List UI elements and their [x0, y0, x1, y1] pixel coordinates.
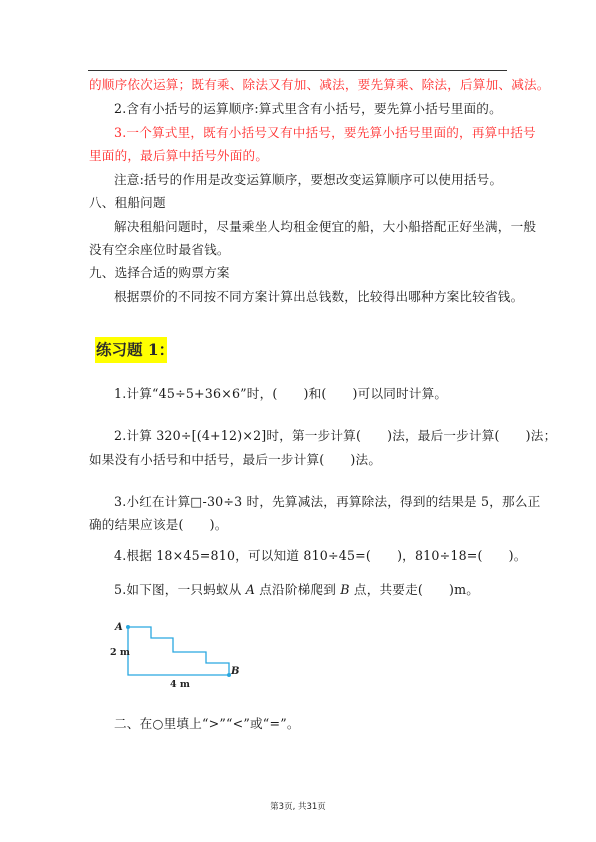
question-4-part-c: )。 [509, 548, 527, 563]
part-2-title: 二、在○里填上“>”“<”或“=”。 [114, 716, 300, 732]
rule-1-continuation: 的顺序依次运算；既有乘、除法又有加、减法，要先算乘、除法，后算加、减法。 [89, 77, 550, 93]
question-5-part-a: 5.如下图，一只蚂蚁从 [114, 582, 246, 597]
question-3-line-1: 3.小红在计算□-30÷3 时，先算减法，再算除法，得到的结果是 5，那么正 [114, 494, 540, 510]
section-8-body-line-1: 解决租船问题时，尽量乘坐人均租金便宜的船，大小船搭配正好坐满，一般 [114, 219, 536, 235]
question-5-part-c: 点，共要走( [350, 582, 423, 597]
figure-width-label: 4 m [170, 679, 190, 690]
question-2-part-e: )法。 [350, 452, 381, 467]
point-a-label: A [246, 582, 255, 597]
header-rule [88, 70, 507, 71]
question-3-line-2: 确的结果应该是()。 [89, 517, 228, 533]
section-9-body: 根据票价的不同按不同方案计算出总钱数，比较得出哪种方案比较省钱。 [114, 289, 523, 305]
figure-label-a: A [114, 622, 123, 633]
question-5-part-d: )m。 [449, 582, 479, 597]
section-9-title: 九、选择合适的购票方案 [89, 265, 230, 281]
question-3-part-a: 确的结果应该是( [89, 517, 184, 532]
question-2-part-c: )法； [526, 428, 557, 443]
question-3-part-b: )。 [210, 517, 228, 532]
question-2-line-2: 如果没有小括号和中括号，最后一步计算()法。 [89, 452, 381, 468]
staircase-figure: A B 2 m 4 m [110, 615, 250, 695]
exercise-title: 练习题 1： [95, 337, 167, 363]
rule-2: 2.含有小括号的运算顺序:算式里含有小括号，要先算小括号里面的。 [114, 101, 502, 117]
rule-3-line-2: 里面的，最后算中括号外面的。 [89, 148, 268, 164]
section-8-title: 八、租船问题 [89, 195, 166, 211]
figure-height-label: 2 m [110, 647, 130, 658]
question-2-part-d: 如果没有小括号和中括号，最后一步计算( [89, 452, 324, 467]
question-2-part-a: 2.计算 320÷[(4+12)×2]时，第一步计算( [114, 428, 361, 443]
question-4-part-b: )，810÷18=( [397, 548, 483, 563]
question-5-part-b: 点沿阶梯爬到 [255, 582, 340, 597]
page-footer: 第3页, 共31页 [0, 800, 596, 812]
section-8-body-line-2: 没有空余座位时最省钱。 [89, 242, 230, 258]
question-1-part-b: )和( [304, 386, 327, 401]
question-4: 4.根据 18×45=810，可以知道 810÷45=()，810÷18=()。 [114, 548, 527, 564]
question-1-part-a: 1.计算“45÷5+36×6”时，( [114, 386, 278, 401]
figure-label-b: B [230, 666, 239, 677]
rule-3-line-1: 3.一个算式里，既有小括号又有中括号，要先算小括号里面的，再算中括号 [114, 125, 536, 141]
question-1-part-c: )可以同时计算。 [353, 386, 448, 401]
question-2-part-b: )法，最后一步计算( [387, 428, 500, 443]
point-b-label: B [340, 582, 349, 597]
note-parentheses: 注意:括号的作用是改变运算顺序，要想改变运算顺序可以使用括号。 [114, 172, 502, 188]
question-5: 5.如下图，一只蚂蚁从 A 点沿阶梯爬到 B 点，共要走()m。 [114, 582, 479, 598]
question-4-part-a: 4.根据 18×45=810，可以知道 810÷45=( [114, 548, 371, 563]
question-2-line-1: 2.计算 320÷[(4+12)×2]时，第一步计算()法，最后一步计算()法； [114, 428, 556, 444]
question-1: 1.计算“45÷5+36×6”时，()和()可以同时计算。 [114, 386, 447, 402]
staircase-diagram: A B 2 m 4 m [110, 615, 250, 695]
